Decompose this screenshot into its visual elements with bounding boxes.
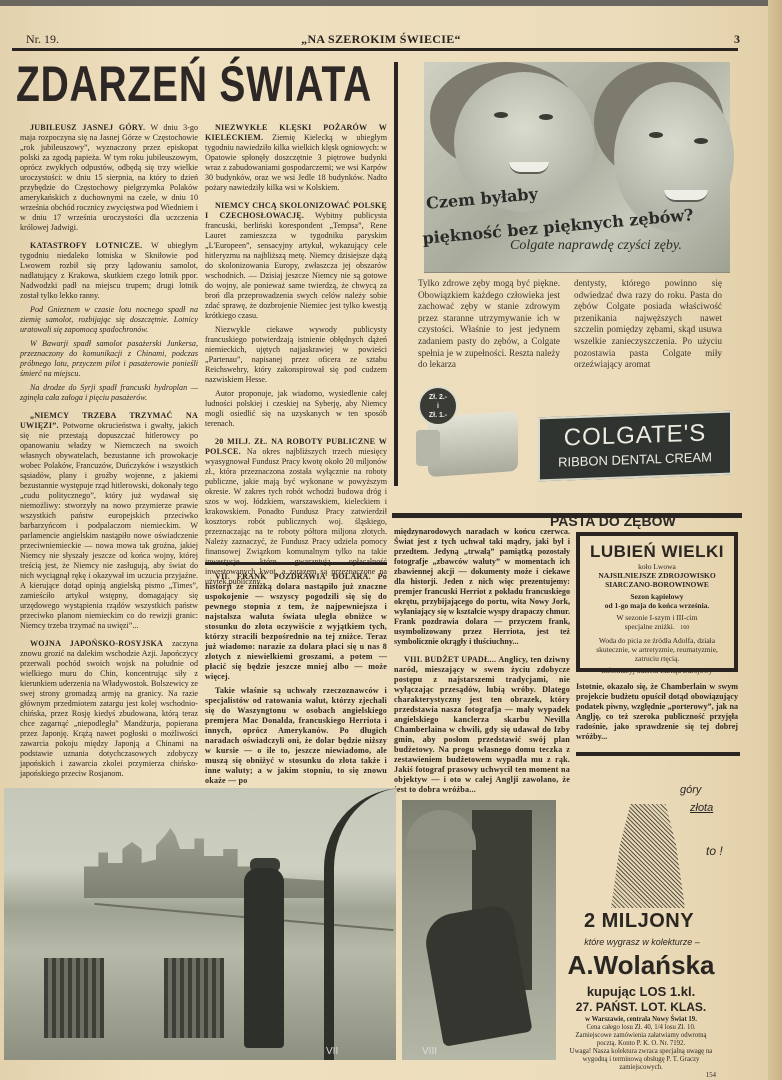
eye [649, 132, 663, 138]
ad-fine-print: w Warszawie, centrala Nowy Świat 19. Cen… [566, 1016, 716, 1080]
lottery-advertisement: góry złota to ! 2 MILJONY które wygrasz … [566, 780, 742, 1075]
photo-herriot-new-york: VII [4, 788, 396, 1060]
deck-chair [44, 958, 104, 1038]
article-kolonizacja: NIEMCY CHCĄ SKOLONIZOWAĆ POLSKĘ I CZECHO… [205, 201, 387, 321]
ad-bottom-rule [392, 513, 742, 518]
photo-chamberlain-budget: VIII [402, 800, 556, 1060]
magazine-title: „NA SZEROKIM ŚWIECIE“ [22, 32, 740, 47]
smile [509, 162, 549, 174]
prize-amount: 2 MILJONY [566, 910, 712, 933]
paragraph: Na drodze do Syrji spadł francuski hydro… [20, 383, 198, 403]
price-badge: Zł. 2.- i Zł. 1.- [418, 386, 458, 426]
paragraph: Pod Gnieznem w czasie lotu nocnego spadł… [20, 305, 198, 335]
eye [694, 138, 708, 144]
photo-label: VIII [422, 1046, 437, 1057]
ad-body-right: dentysty, którego powinno się odwiedzać … [574, 278, 722, 371]
eye [494, 112, 508, 118]
section-rule [205, 562, 387, 565]
collector-name: A.Wolańska [566, 950, 716, 981]
ship-arch [324, 788, 404, 1060]
budzet-continuation: Istotnie, okazało się, że Chamberlain w … [576, 682, 738, 742]
running-header: Nr. 19. „NA SZEROKIM ŚWIECIE“ 3 [22, 30, 740, 48]
section-rule [576, 752, 740, 756]
column-2-lower: VII. FRANK POZDRAWIA DOLARA. Po historji… [205, 572, 387, 790]
article-budzet: VIII. BUDŻET UPADŁ... Anglicy, ten dziwn… [394, 655, 570, 795]
column-4: Istotnie, okazało się, że Chamberlain w … [576, 682, 738, 746]
tube-cap-icon [416, 430, 440, 466]
smile [664, 190, 708, 202]
product-box: COLGATE'S RIBBON DENTAL CREAM [538, 411, 732, 482]
column-1: JUBILEUSZ JASNEJ GÓRY. W dniu 3-go maja … [20, 123, 198, 783]
article-wojna: WOJNA JAPOŃSKO-ROSYJSKA zaczyna znowu gr… [20, 639, 198, 779]
section-title: ZDARZEŃ ŚWIATA [16, 58, 303, 110]
header-rule [12, 48, 738, 51]
article-niemcy-uwiez: „NIEMCY TRZEBA TRZYMAĆ NA UWIĘZI”. Potwo… [20, 411, 198, 631]
toothpaste-illustration: Zł. 2.- i Zł. 1.- COLGATE'S RIBBON DENTA… [418, 386, 718, 482]
ad-tagline: Colgate naprawdę czyści zęby. [510, 238, 682, 254]
photo-label: VII [326, 1046, 338, 1057]
eye [539, 114, 553, 120]
paragraph: Niezwykle ciekawe wywody publicysty fran… [205, 325, 387, 385]
scan-top-edge [0, 0, 782, 6]
article-pozary: NIEZWYKŁE KLĘSKI POŻARÓW W KIELECKIEM. Z… [205, 123, 387, 193]
deck-chair [164, 958, 224, 1038]
skyline-shape [84, 828, 324, 898]
article-jubileusz: JUBILEUSZ JASNEJ GÓRY. W dniu 3-go maja … [20, 123, 198, 233]
lubien-advertisement: LUBIEŃ WIELKI koło Lwowa NAJSILNIEJSZE Z… [576, 532, 738, 672]
frank-continuation: międzynarodowych naradach w końcu czerwc… [394, 527, 570, 647]
article-katastrofy: KATASTROFY LOTNICZE. W ubiegłym tygodniu… [20, 241, 198, 301]
paragraph: Autor proponuje, jak wiadomo, wysiedleni… [205, 389, 387, 429]
man-figure [244, 868, 284, 1048]
article-frank: VII. FRANK POZDRAWIA DOLARA. Po historji… [205, 572, 387, 682]
spa-title: LUBIEŃ WIELKI [580, 542, 734, 562]
column-divider [394, 62, 398, 486]
umbrella-shape [406, 810, 476, 850]
magazine-page: Nr. 19. „NA SZEROKIM ŚWIECIE“ 3 ZDARZEŃ … [0, 0, 782, 1080]
page-number: 3 [734, 32, 740, 47]
colgate-advertisement: Czem byłaby piękność bez pięknych zębów?… [400, 58, 742, 486]
ad-body-left: Tylko zdrowe zęby mogą być piękne. Obowi… [418, 278, 560, 371]
paragraph: W Bawarji spadł samolot pasażerski Junke… [20, 339, 198, 379]
scan-right-edge [768, 0, 782, 1080]
paragraph: Takie właśnie są uchwały rzeczoznawców i… [205, 686, 387, 786]
column-3: międzynarodowych naradach w końcu czerwc… [394, 527, 570, 799]
column-2: NIEZWYKŁE KLĘSKI POŻARÓW W KIELECKIEM. Z… [205, 123, 387, 591]
gold-mountain-illustration [604, 804, 692, 908]
